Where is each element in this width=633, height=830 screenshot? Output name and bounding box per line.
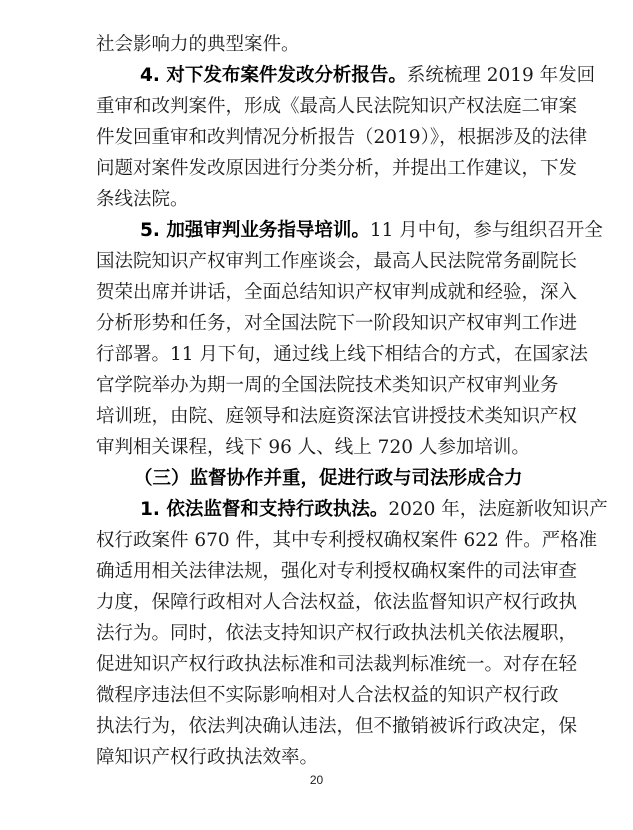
- item-5-title: 5. 加强审判业务指导培训。: [140, 220, 370, 241]
- text-line: 重审和改判案件，形成《最高人民法院知识产权法庭二审案: [96, 92, 541, 122]
- paragraph-5-heading-line: 5. 加强审判业务指导培训。11 月中旬，参与组织召开全: [96, 216, 541, 246]
- paragraph-4-heading-line: 4. 对下发布案件发改分析报告。系统梳理 2019 年发回: [96, 61, 541, 91]
- text-line: 行部署。11 月下旬，通过线上线下相结合的方式，在国家法: [96, 340, 541, 370]
- text-line: 法行为。同时，依法支持知识产权行政执法机关依法履职，: [96, 619, 541, 649]
- text-line: 权行政案件 670 件，其中专利授权确权案件 622 件。严格准: [96, 526, 541, 556]
- item-1-title: 1. 依法监督和支持行政执法。: [140, 499, 388, 520]
- text-line: 力度，保障行政相对人合法权益，依法监督知识产权行政执: [96, 588, 541, 618]
- section-heading: （三）监督协作并重，促进行政与司法形成合力: [96, 464, 541, 494]
- text-line: 微程序违法但不实际影响相对人合法权益的知识产权行政: [96, 681, 541, 711]
- text-line: 国法院知识产权审判工作座谈会，最高人民法院常务副院长: [96, 247, 541, 277]
- text-line: 培训班，由院、庭领导和法庭资深法官讲授技术类知识产权: [96, 402, 541, 432]
- text-line: 分析形势和任务，对全国法院下一阶段知识产权审判工作进: [96, 309, 541, 339]
- text-line: 问题对案件发改原因进行分类分析，并提出工作建议，下发: [96, 154, 541, 184]
- text-line: 官学院举办为期一周的全国法院技术类知识产权审判业务: [96, 371, 541, 401]
- text-line: 贺荣出席并讲话，全面总结知识产权审判成就和经验，深入: [96, 278, 541, 308]
- text-line: 障知识产权行政执法效率。: [96, 743, 541, 773]
- text-line: 件发回重审和改判情况分析报告（2019）》，根据涉及的法律: [96, 123, 541, 153]
- text-line: 社会影响力的典型案件。: [96, 30, 541, 60]
- text-line: 条线法院。: [96, 185, 541, 215]
- text-line: 执法行为，依法判决确认违法，但不撤销被诉行政决定，保: [96, 712, 541, 742]
- paragraph-1-heading-line: 1. 依法监督和支持行政执法。2020 年，法庭新收知识产: [96, 495, 541, 525]
- page-number: 20: [0, 773, 633, 787]
- text-line: 审判相关课程，线下 96 人、线上 720 人参加培训。: [96, 433, 541, 463]
- text-line: 促进知识产权行政执法标准和司法裁判标准统一。对存在轻: [96, 650, 541, 680]
- item-4-title: 4. 对下发布案件发改分析报告。: [140, 65, 407, 86]
- text-line: 确适用相关法律法规，强化对专利授权确权案件的司法审查: [96, 557, 541, 587]
